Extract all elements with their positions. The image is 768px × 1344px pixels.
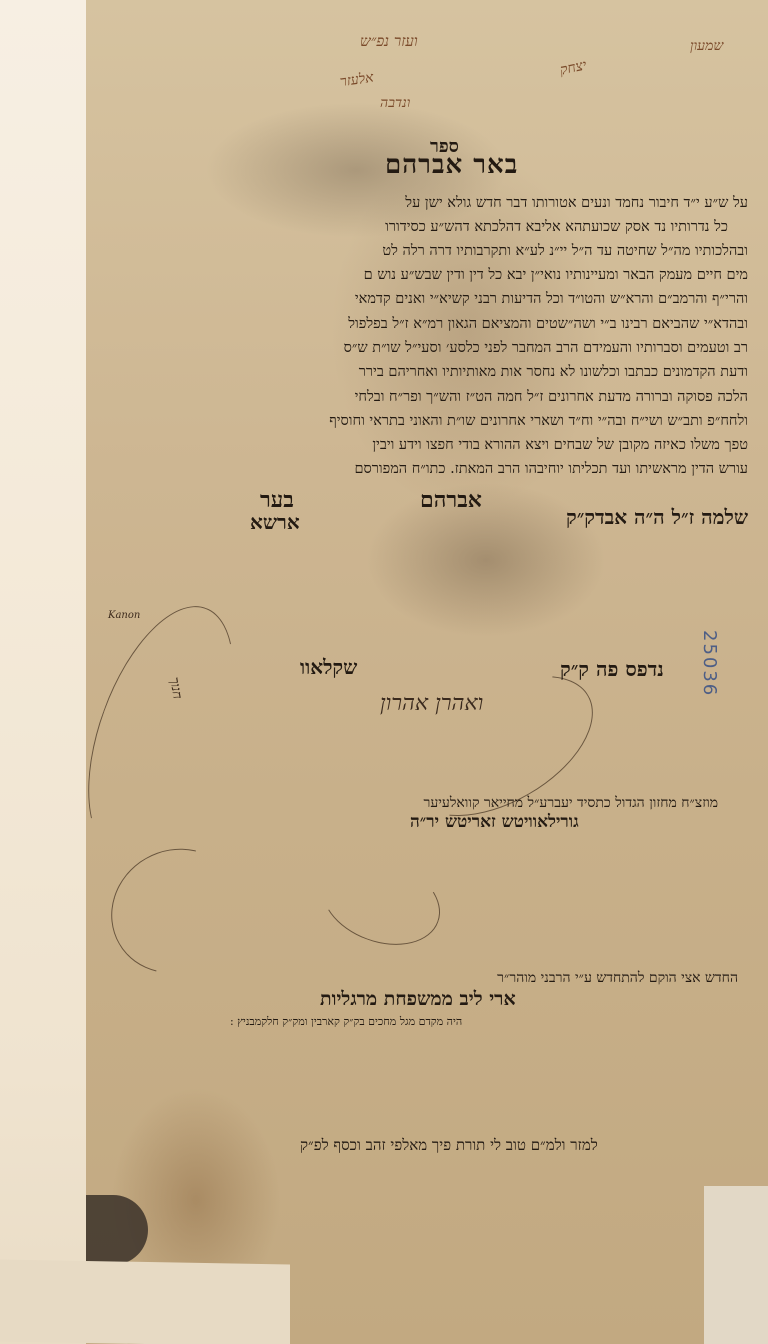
body-line: כל נדרותיו נד אסק שכועתהא אליבא דהלכתא ד… [385,219,728,236]
printer-name: גורילאוויטש זאריטש יר״ה [410,812,579,832]
printing-house-line: מוזצ״ח מחזון הגדול כתסיד יעברע״ל מחייאר … [423,795,718,812]
book-title: באר אברהם [385,150,518,180]
body-line: רב וטעמים וסברותיו והעמידם הרב המחבר לפנ… [344,340,748,357]
handwritten-note: ועזר נפ״ש [360,32,418,51]
body-line: ובהלכותיו מה״ל שחיטה עד ה״ל יי״נ לע״א ות… [382,243,748,260]
body-line: עורש הדין מראשיתו ועד תכליתו יוחיבהו הרב… [354,461,748,478]
press-line-3: היה מקדם מגל מחכים בק״ק קארבין ומק״ק חלק… [230,1015,462,1028]
handwritten-note: Kanon [108,610,140,621]
body-line: הלכה פסוקה וברורה מדעת אחרונים ז״ל חמה ה… [355,389,748,406]
closing-verse: למזר ולמ״ם טוב לי תורת פיך מאלפי זהב וכס… [300,1136,598,1155]
paper-repair-patch-bottom [0,1259,290,1344]
city-label: נדפס פה ק״ק [560,657,664,682]
handwritten-note: ונדבה [380,95,410,112]
body-line: ודעת הקדמונים כבתבו וכלשונו לא נחסר אות … [359,364,748,381]
body-line: והרי״ף והרמב״ם והרא״ש והטו״ד וכל הדיעות … [355,291,748,308]
body-line: ולחח״פ ותב״ש ושי״ח ובה״י וח״ד ושארי אחרו… [329,413,748,430]
left-guard-sheet [0,0,86,1344]
paper-repair-patch-right [704,1186,768,1344]
library-shelfmark: 25036 [699,630,720,697]
press-line-1: החדש אצי הוקם להתחדש ע״י הרבני מוהר״ר [497,970,738,987]
body-line: מים חיים מעמק הבאר ומעיינותיו נואי״ן יבא… [364,267,748,284]
city-name: שקלאוו [300,655,357,680]
press-name-2: ארי ליב ממשפחת מרגליות [320,988,516,1011]
handwritten-signature: ואהרן אהרון [380,690,483,716]
body-line: ובהדא״י שהביאם רבינו ב״י ושה״שטים והמציא… [348,316,748,333]
body-line: על ש״ע י״ד חיבור נחמד ונעים אטורותו דבר … [405,195,748,212]
author-first-name: אברהם [420,487,482,513]
handwritten-note: שמעון [690,38,723,55]
author-father: שלמה ז״ל ה״ה אבדק״ק [566,505,748,530]
author-place: ארשא [250,510,300,535]
body-line: טפך משלו כאיזה מקובן של שבחים ויצא ההורא… [372,437,748,454]
